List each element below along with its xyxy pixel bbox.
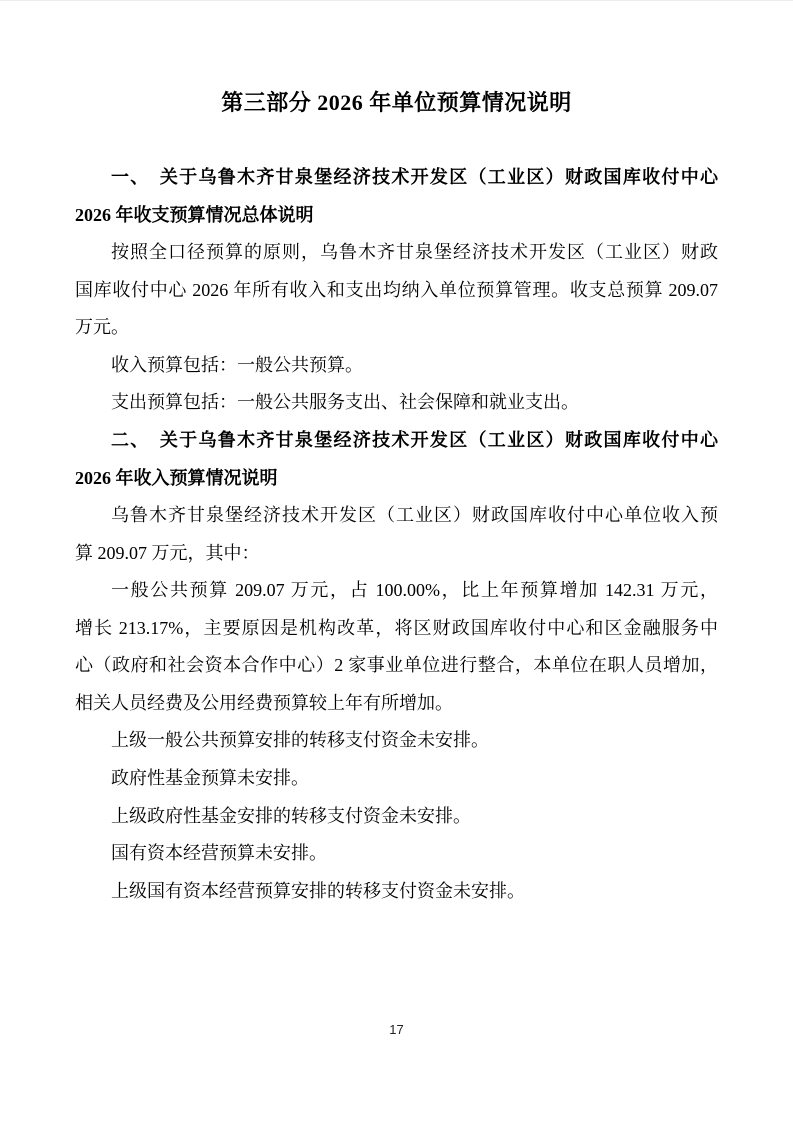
paragraph-line: 万元。: [75, 309, 718, 347]
section-2-heading-line: 2026 年收入预算情况说明: [75, 460, 718, 498]
page-number: 17: [389, 1022, 403, 1037]
paragraph-line: 心（政府和社会资本合作中心）2 家事业单位进行整合，本单位在职人员增加，: [75, 647, 718, 685]
paragraph-line: 一般公共预算 209.07 万元，占 100.00%，比上年预算增加 142.3…: [75, 572, 718, 610]
paragraph-line: 算 209.07 万元，其中：: [75, 535, 718, 573]
paragraph-line: 支出预算包括：一般公共服务支出、社会保障和就业支出。: [75, 384, 718, 422]
section-2-heading-line: 二、 关于乌鲁木齐甘泉堡经济技术开发区（工业区）财政国库收付中心: [75, 422, 718, 460]
paragraph-line: 上级政府性基金安排的转移支付资金未安排。: [75, 798, 718, 836]
paragraph-line: 相关人员经费及公用经费预算较上年有所增加。: [75, 685, 718, 723]
paragraph-line: 国库收付中心 2026 年所有收入和支出均纳入单位预算管理。收支总预算 209.…: [75, 272, 718, 310]
document-page: 第三部分 2026 年单位预算情况说明 一、 关于乌鲁木齐甘泉堡经济技术开发区（…: [0, 0, 793, 1122]
paragraph-line: 国有资本经营预算未安排。: [75, 835, 718, 873]
paragraph-line: 乌鲁木齐甘泉堡经济技术开发区（工业区）财政国库收付中心单位收入预: [75, 497, 718, 535]
document-body: 一、 关于乌鲁木齐甘泉堡经济技术开发区（工业区）财政国库收付中心 2026 年收…: [0, 118, 793, 910]
page-footer: 17: [0, 1022, 793, 1037]
paragraph-line: 增长 213.17%，主要原因是机构改革，将区财政国库收付中心和区金融服务中: [75, 610, 718, 648]
section-1-heading-line: 一、 关于乌鲁木齐甘泉堡经济技术开发区（工业区）财政国库收付中心: [75, 159, 718, 197]
paragraph-line: 上级一般公共预算安排的转移支付资金未安排。: [75, 722, 718, 760]
section-1-heading-line: 2026 年收支预算情况总体说明: [75, 197, 718, 235]
paragraph-line: 收入预算包括：一般公共预算。: [75, 347, 718, 385]
paragraph-line: 按照全口径预算的原则，乌鲁木齐甘泉堡经济技术开发区（工业区）财政: [75, 234, 718, 272]
paragraph-line: 政府性基金预算未安排。: [75, 760, 718, 798]
paragraph-line: 上级国有资本经营预算安排的转移支付资金未安排。: [75, 873, 718, 911]
document-title: 第三部分 2026 年单位预算情况说明: [0, 1, 793, 118]
